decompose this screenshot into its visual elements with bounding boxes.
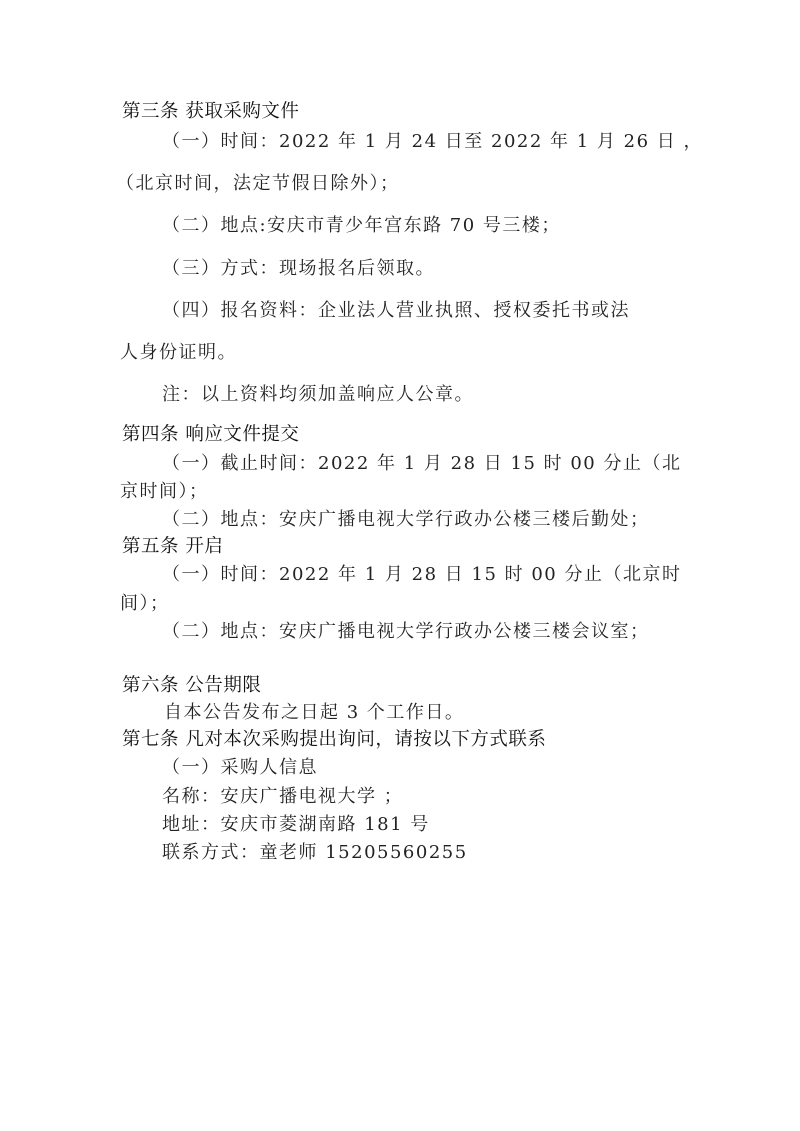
section-6-line-1: 自本公告发布之日起 3 个工作日。 bbox=[164, 701, 464, 725]
section-3-note: 注：以上资料均须加盖响应人公章。 bbox=[162, 383, 474, 407]
section-7-heading: 第七条 凡对本次采购提出询问，请按以下方式联系 bbox=[122, 728, 546, 752]
section-5-heading: 第五条 开启 bbox=[122, 535, 223, 559]
section-4-line-1: （一）截止时间：2022 年 1 月 28 日 15 时 00 分止（北 bbox=[162, 452, 681, 476]
section-6-heading: 第六条 公告期限 bbox=[122, 674, 261, 698]
section-4-heading: 第四条 响应文件提交 bbox=[122, 423, 299, 447]
purchaser-contact: 联系方式：童老师 15205560255 bbox=[162, 841, 468, 865]
section-3-line-6: 人身份证明。 bbox=[120, 341, 237, 365]
section-7-line-1: （一）采购人信息 bbox=[162, 756, 318, 780]
section-3-line-3: （二）地点:安庆市青少年宫东路 70 号三楼； bbox=[162, 214, 561, 238]
section-5-line-3: （二）地点：安庆广播电视大学行政办公楼三楼会议室； bbox=[162, 620, 650, 644]
section-3-line-5: （四）报名资料：企业法人营业执照、授权委托书或法 bbox=[162, 299, 630, 323]
section-4-line-3: （二）地点：安庆广播电视大学行政办公楼三楼后勤处； bbox=[162, 508, 650, 532]
purchaser-address: 地址：安庆市菱湖南路 181 号 bbox=[162, 813, 430, 837]
section-3-heading: 第三条 获取采购文件 bbox=[122, 100, 299, 124]
section-5-line-1: （一）时间：2022 年 1 月 28 日 15 时 00 分止（北京时 bbox=[162, 563, 681, 587]
section-3-line-4: （三）方式：现场报名后领取。 bbox=[162, 257, 435, 281]
section-3-line-1: （一）时间：2022 年 1 月 24 日至 2022 年 1 月 26 日 ， bbox=[162, 130, 703, 154]
section-4-line-2: 京时间）； bbox=[120, 480, 209, 504]
section-3-line-2: （北京时间，法定节假日除外）； bbox=[116, 172, 400, 196]
purchaser-name: 名称：安庆广播电视大学 ； bbox=[162, 785, 403, 809]
section-5-line-2: 间）； bbox=[120, 592, 170, 616]
